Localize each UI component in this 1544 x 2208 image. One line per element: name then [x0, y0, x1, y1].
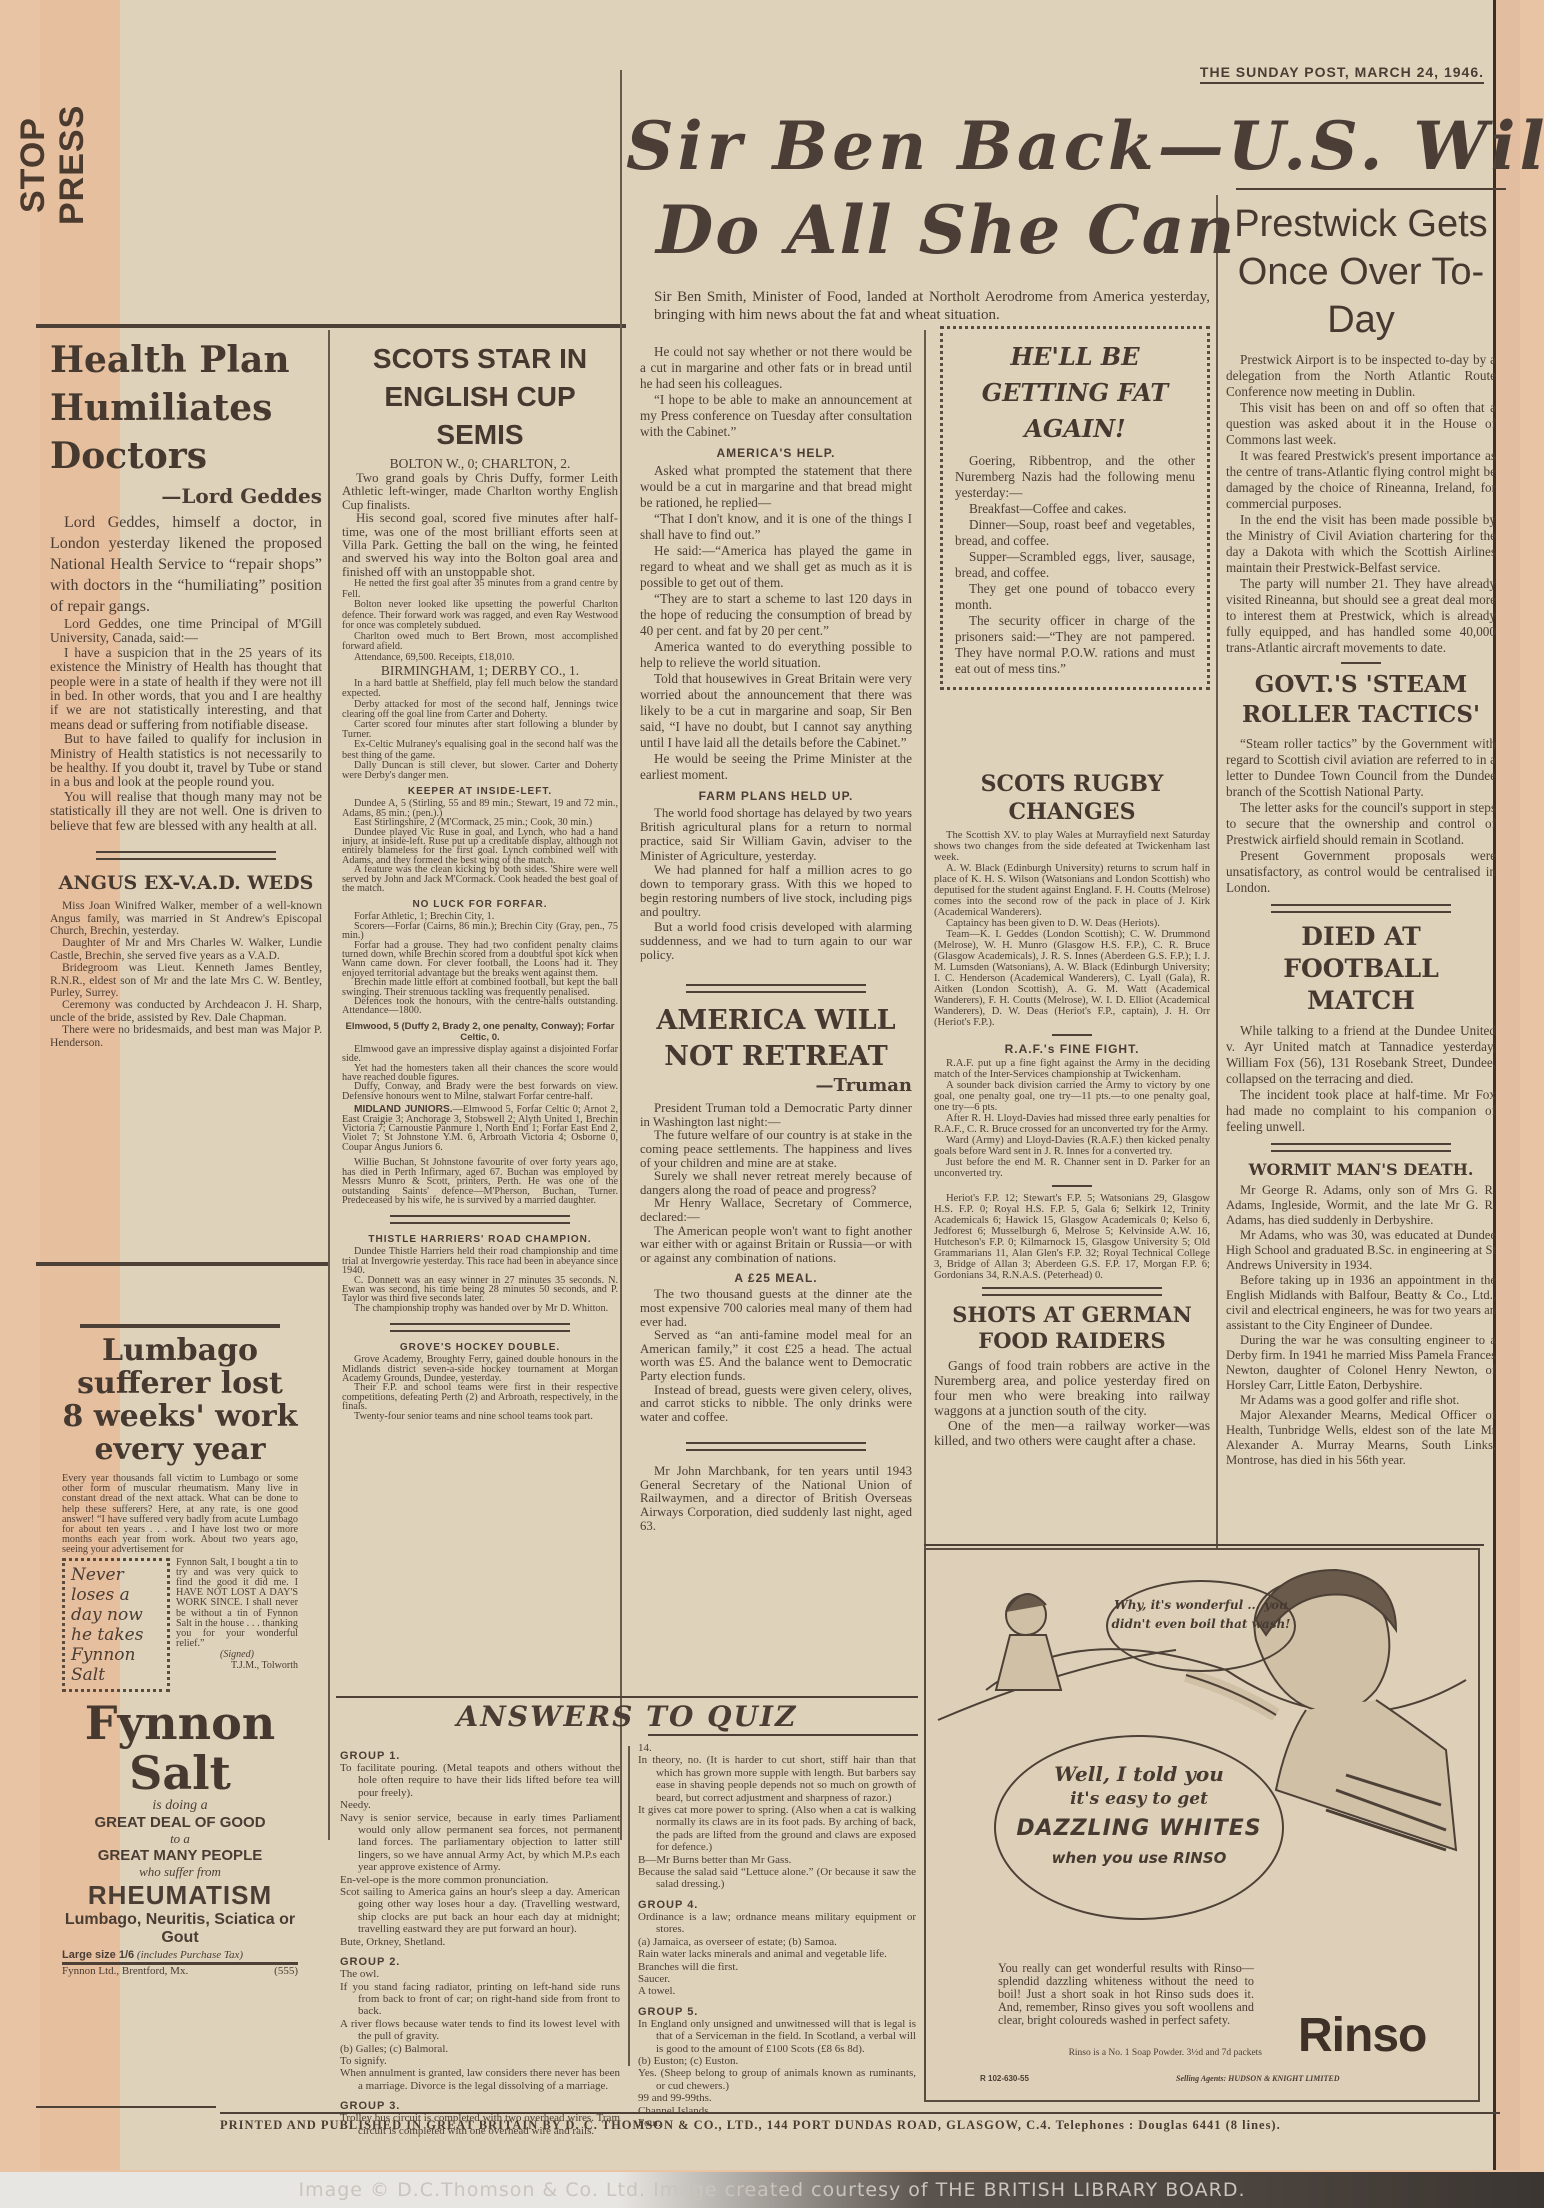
image-credit: Image © D.C.Thomson & Co. Ltd. Image cre…: [0, 2172, 1544, 2208]
fynnon-salt-ad: Lumbago sufferer lost 8 weeks' work ever…: [62, 1324, 298, 1977]
column-rule: [1216, 195, 1218, 1550]
article-headline: SCOTS RUGBY CHANGES: [934, 770, 1210, 826]
masthead-date: THE SUNDAY POST, MARCH 24, 1946.: [1200, 64, 1484, 84]
article-body: “Steam roller tactics” by the Government…: [1226, 736, 1496, 896]
section-rule: [36, 2106, 216, 2108]
article-headline: WORMIT MAN'S DEATH.: [1226, 1160, 1496, 1179]
subheading: AMERICA'S HELP.: [640, 446, 912, 460]
quiz-group-heading: GROUP 3.: [340, 2100, 620, 2112]
column-rule: [620, 70, 622, 1840]
ad-agents: Selling Agents: HUDSON & KNIGHT LIMITED: [1176, 2074, 1340, 2083]
quiz-answer: Ordinance is a law; ordnance means milit…: [638, 1911, 916, 1936]
ad-callout-box: Never loses a day now he takes Fynnon Sa…: [62, 1558, 170, 1692]
quiz-answer: When annulment is granted, law considers…: [340, 2067, 620, 2092]
article-body: Mr George R. Adams, only son of Mrs G. R…: [1226, 1183, 1496, 1468]
article-headline: SHOTS AT GERMAN FOOD RAIDERS: [934, 1302, 1210, 1354]
match-result: BOLTON W., 0; CHARLTON, 2.: [342, 456, 618, 472]
article-headline: GOVT.'S 'STEAM ROLLER TACTICS': [1226, 670, 1496, 730]
quiz-group-heading: GROUP 1.: [340, 1750, 620, 1762]
article-headline: Health Plan Humiliates Doctors: [50, 336, 322, 480]
article-body: While talking to a friend at the Dundee …: [1226, 1023, 1496, 1135]
quiz-answer: (b) Euston; (c) Euston.: [638, 2055, 916, 2067]
main-story-intro: Sir Ben Smith, Minister of Food, landed …: [640, 288, 1210, 324]
printer-imprint: PRINTED AND PUBLISHED IN GREAT BRITAIN B…: [220, 2112, 1500, 2133]
quiz-group-heading: GROUP 5.: [638, 2006, 916, 2018]
subheading: GROVE'S HOCKEY DOUBLE.: [342, 1342, 618, 1353]
section-rule: [36, 1262, 328, 1266]
divider: [1052, 1185, 1092, 1187]
quiz-answer: 99 and 99-99ths.: [638, 2092, 916, 2104]
divider: [390, 1323, 570, 1332]
quiz-answer: 14.: [638, 1742, 916, 1754]
quiz-answer: The owl.: [340, 1968, 620, 1980]
quiz-group-heading: GROUP 4.: [638, 1899, 916, 1911]
divider: [686, 984, 866, 993]
ad-body: You really can get wonderful results wit…: [998, 1962, 1254, 2027]
quiz-answer: Bute, Orkney, Shetland.: [340, 1936, 620, 1948]
quiz-answer: In England only unsigned and unwitnessed…: [638, 2018, 916, 2055]
quiz-answer: Branches will die first.: [638, 1961, 916, 1973]
quiz-answer: Needy.: [340, 1799, 620, 1811]
subheading: Elmwood, 5 (Duffy 2, Brady 2, one penalt…: [342, 1021, 618, 1043]
main-story-body: He could not say whether or not there wo…: [640, 344, 912, 1533]
article-headline: AMERICA WILL NOT RETREAT: [640, 1003, 912, 1075]
quiz-answer: In theory, no. (It is harder to cut shor…: [638, 1754, 916, 1804]
article-headline: Prestwick Gets Once Over To-Day: [1226, 200, 1496, 344]
speech-bubble-small: Why, it's wonderful ... you didn't even …: [1106, 1580, 1296, 1672]
divider: [982, 1287, 1162, 1296]
divider: [686, 1442, 866, 1451]
quiz-answer: To facilitate pouring. (Metal teapots an…: [340, 1762, 620, 1799]
stop-press-label: STOP PRESS: [14, 60, 64, 270]
byline: —Lord Geddes: [50, 484, 322, 508]
speech-bubble-large: Well, I told you it's easy to get DAZZLI…: [994, 1735, 1284, 1920]
article-headline: DIED AT FOOTBALL MATCH: [1226, 921, 1496, 1017]
ad-code: R 102-630-55: [980, 2074, 1029, 2083]
quiz-answer: Scot sailing to America gains an hour's …: [340, 1886, 620, 1936]
quiz-answer: B—Mr Burns better than Mr Gass.: [638, 1854, 916, 1866]
quiz-answer: Because the salad said “Lettuce alone.” …: [638, 1866, 916, 1891]
quiz-answer: If you stand facing radiator, printing o…: [340, 1981, 620, 2018]
ad-headline: Lumbago sufferer lost 8 weeks' work ever…: [62, 1334, 298, 1466]
section-rule: [1236, 188, 1506, 190]
quiz-answer: Saucer.: [638, 1973, 916, 1985]
divider: [1052, 1034, 1092, 1036]
section-rule: [36, 324, 626, 328]
subheading: KEEPER AT INSIDE-LEFT.: [342, 786, 618, 797]
divider: [96, 851, 276, 860]
quiz-answer: It gives cat more power to spring. (Also…: [638, 1804, 916, 1854]
divider: [80, 1324, 280, 1328]
divider: [1341, 662, 1381, 664]
section-rule: [336, 1696, 918, 1698]
article-rugby: SCOTS RUGBY CHANGES The Scottish XV. to …: [934, 770, 1210, 1448]
article-headline: SCOTS STAR IN ENGLISH CUP SEMIS: [342, 340, 618, 454]
quiz-answer: (b) Galles; (c) Balmoral.: [340, 2043, 620, 2055]
quiz-answer: Rain water lacks minerals and animal and…: [638, 1948, 916, 1960]
rinso-ad: Why, it's wonderful ... you didn't even …: [924, 1548, 1480, 2102]
quiz-headline: ANSWERS TO QUIZ: [336, 1700, 918, 1733]
column-rule: [328, 330, 330, 1840]
quiz-group-heading: GROUP 2.: [340, 1956, 620, 1968]
divider: [390, 1215, 570, 1224]
quiz-answers-right: 14.In theory, no. (It is harder to cut s…: [638, 1742, 916, 2129]
byline: —Truman: [640, 1075, 912, 1096]
article-headline: ANGUS EX-V.A.D. WEDS: [50, 870, 322, 896]
ad-brand: Fynnon Salt: [62, 1698, 298, 1798]
ad-body: Every year thousands fall victim to Lumb…: [62, 1474, 298, 1556]
ad-tagline: Rinso is a No. 1 Soap Powder. 3½d and 7d…: [1012, 2048, 1262, 2058]
quiz-answer: A towel.: [638, 1985, 916, 1997]
subheading: THISTLE HARRIERS' ROAD CHAMPION.: [342, 1234, 618, 1245]
quiz-answer: Navy is senior service, because in early…: [340, 1812, 620, 1874]
adjacent-page-edge: [1493, 0, 1520, 2170]
fat-box: HE'LL BE GETTING FAT AGAIN! Goering, Rib…: [940, 326, 1210, 690]
column-rule: [924, 330, 926, 1550]
quiz-answer: (a) Jamaica, as overseer of estate; (b) …: [638, 1936, 916, 1948]
match-result: BIRMINGHAM, 1; DERBY CO., 1.: [342, 663, 618, 679]
subheading: NO LUCK FOR FORFAR.: [342, 899, 618, 910]
quiz-answer: En-vel-ope is the more common pronunciat…: [340, 1874, 620, 1886]
quiz-answer: To signify.: [340, 2055, 620, 2067]
quiz-answer: A river flows because water tends to fin…: [340, 2018, 620, 2043]
section-rule: [924, 1544, 1484, 1546]
marchbank-notice: Mr John Marchbank, for ten years until 1…: [640, 1465, 912, 1533]
box-headline: HE'LL BE GETTING FAT AGAIN!: [955, 339, 1195, 447]
subheading: R.A.F.'s FINE FIGHT.: [934, 1042, 1210, 1056]
divider: [1271, 904, 1451, 913]
article-prestwick: Prestwick Gets Once Over To-Day Prestwic…: [1226, 200, 1496, 1468]
article-scots-star: SCOTS STAR IN ENGLISH CUP SEMIS BOLTON W…: [342, 340, 618, 1421]
divider: [1271, 1143, 1451, 1152]
subheading: A £25 MEAL.: [640, 1271, 912, 1285]
article-health-plan: Health Plan Humiliates Doctors —Lord Ged…: [50, 336, 322, 1049]
quiz-answers-left: GROUP 1.To facilitate pouring. (Metal te…: [340, 1742, 620, 2137]
article-body: Prestwick Airport is to be inspected to-…: [1226, 352, 1496, 656]
section-rule: [648, 1734, 918, 1736]
column-rule: [628, 1746, 630, 2066]
quiz-answer: Yes. (Sheep belong to group of animals k…: [638, 2067, 916, 2092]
rinso-logo: Rinso: [1298, 2008, 1426, 2063]
subheading: FARM PLANS HELD UP.: [640, 789, 912, 803]
